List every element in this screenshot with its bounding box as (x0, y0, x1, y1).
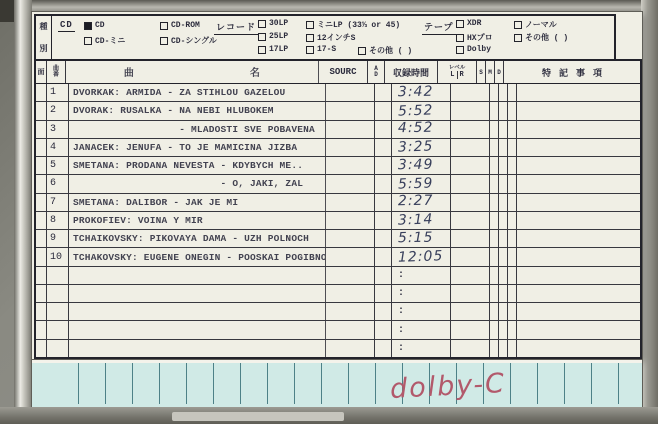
cell-side (36, 84, 47, 101)
cell-m (499, 175, 508, 192)
cell-track-no: 10 (47, 248, 69, 265)
cell-source (326, 267, 375, 284)
cell-time: 5:59 (392, 175, 451, 192)
cell-title: - O, JAKI, ZAL (69, 175, 326, 192)
cell-time: 4:52 (392, 121, 451, 138)
cell-level (451, 285, 490, 302)
cell-source (326, 285, 375, 302)
checkbox-dolby: Dolby (456, 45, 491, 54)
cell-track-no (47, 303, 69, 320)
table-row: 8 PROKOFIEV: VOINA Y MIR 3:14 (36, 212, 640, 230)
cell-s (490, 230, 499, 247)
cell-m (499, 230, 508, 247)
cell-s (490, 139, 499, 156)
table-row: 9 TCHAIKOVSKY: PIKOVAYA DAMA - UZH POLNO… (36, 230, 640, 248)
cell-title (69, 321, 326, 338)
type-label: 別 (40, 43, 48, 54)
checkbox-cd-rom: CD-ROM (160, 21, 200, 30)
table-row: 7 SMETANA: DALIBOR - JAK JE MI 2:27 (36, 194, 640, 212)
cell-track-no (47, 340, 69, 357)
cell-level (451, 212, 490, 229)
checkbox-icon (456, 34, 464, 42)
cell-side (36, 230, 47, 247)
cell-m (499, 303, 508, 320)
cell-s (490, 303, 499, 320)
checkbox-icon (258, 33, 266, 41)
checkbox-icon (258, 20, 266, 28)
dolby-c-handwriting: dolby-C (389, 368, 506, 405)
cd-section-title: CD (58, 20, 75, 32)
col-header-track-no: 曲 番 (47, 61, 66, 83)
table-row: : (36, 303, 640, 321)
checkbox-hx-pro: HXプロ (456, 32, 493, 43)
col-header-time: 収録時間 (385, 61, 438, 83)
cell-ad (375, 267, 392, 284)
cell-notes (517, 212, 640, 229)
cell-d (508, 84, 517, 101)
cell-title: JANACEK: JENUFA - TO JE MAMICINA JIZBA (69, 139, 326, 156)
cell-s (490, 248, 499, 265)
cell-time: : (392, 340, 451, 357)
cell-source (326, 230, 375, 247)
checkbox-icon (514, 21, 522, 29)
cell-s (490, 285, 499, 302)
table-row: 10 TCHAKOVSKY: EUGENE ONEGIN - POOSKAI P… (36, 248, 640, 266)
case-right-edge (641, 0, 658, 424)
cell-ad (375, 230, 392, 247)
cell-d (508, 285, 517, 302)
cell-notes (517, 175, 640, 192)
cell-m (499, 84, 508, 101)
cell-time: : (392, 303, 451, 320)
table-row: : (36, 267, 640, 285)
checkbox-icon (258, 46, 266, 54)
cell-level (451, 340, 490, 357)
cell-source (326, 121, 375, 138)
cell-source (326, 194, 375, 211)
cell-source (326, 84, 375, 101)
checkbox-icon (306, 21, 314, 29)
cell-m (499, 194, 508, 211)
cell-s (490, 212, 499, 229)
cell-ad (375, 139, 392, 156)
cell-track-no: 9 (47, 230, 69, 247)
cell-side (36, 139, 47, 156)
cell-level (451, 230, 490, 247)
cell-track-no: 7 (47, 194, 69, 211)
record-section-title: レコード (214, 20, 258, 35)
cell-ad (375, 194, 392, 211)
cell-time: : (392, 285, 451, 302)
cell-level (451, 139, 490, 156)
cell-d (508, 157, 517, 174)
cell-title: SMETANA: DALIBOR - JAK JE MI (69, 194, 326, 211)
cell-ad (375, 321, 392, 338)
cell-time: : (392, 321, 451, 338)
cell-notes (517, 303, 640, 320)
cell-source (326, 248, 375, 265)
cell-side (36, 340, 47, 357)
cell-m (499, 139, 508, 156)
cell-track-no (47, 267, 69, 284)
spine-ruling (52, 363, 638, 404)
checkbox-icon (358, 47, 366, 55)
cell-m (499, 285, 508, 302)
checkbox-30lp: 30LP (258, 19, 288, 28)
track-table: 面 曲 番 曲 名 SOURC A D 収録時間 レベル LR (34, 59, 642, 359)
cell-notes (517, 340, 640, 357)
cell-source (326, 139, 375, 156)
table-row: 5 SMETANA: PRODANA NEVESTA - KDYBYCH ME.… (36, 157, 640, 175)
cell-ad (375, 157, 392, 174)
cell-side (36, 194, 47, 211)
checkbox-tape-other: その他 ( ) (514, 32, 568, 43)
col-header-m: M (486, 61, 495, 83)
checkbox-icon (306, 34, 314, 42)
cell-track-no (47, 321, 69, 338)
cell-side (36, 303, 47, 320)
cell-side (36, 175, 47, 192)
cell-ad (375, 340, 392, 357)
cell-notes (517, 248, 640, 265)
media-type-header: 種 別 CD CD CD-ROM CD-ミニ CD-シングル レコード 30LP… (34, 14, 616, 61)
cell-source (326, 157, 375, 174)
cell-d (508, 248, 517, 265)
col-header-ad: A D (368, 61, 385, 83)
table-row: : (36, 285, 640, 303)
cell-title: TCHAKOVSKY: EUGENE ONEGIN - POOSKAI POGI… (69, 248, 326, 265)
cell-time: 3:42 (392, 84, 451, 101)
cell-notes (517, 157, 640, 174)
cell-source (326, 340, 375, 357)
cell-ad (375, 285, 392, 302)
cell-title: - MLADOSTI SVE POBAVENA (69, 121, 326, 138)
table-row: 4 JANACEK: JENUFA - TO JE MAMICINA JIZBA… (36, 139, 640, 157)
cell-track-no (47, 285, 69, 302)
col-header-d: D (495, 61, 504, 83)
case-hinge (14, 0, 32, 424)
cell-notes (517, 194, 640, 211)
cell-level (451, 157, 490, 174)
cell-source (326, 175, 375, 192)
col-header-level: レベル LR (438, 61, 477, 83)
checkbox-cd-single: CD-シングル (160, 35, 217, 46)
cell-track-no: 2 (47, 102, 69, 119)
cell-m (499, 267, 508, 284)
cell-d (508, 230, 517, 247)
cell-s (490, 157, 499, 174)
type-label-column: 種 別 (36, 16, 52, 59)
checkbox-icon (160, 22, 168, 30)
cell-level (451, 248, 490, 265)
cell-ad (375, 212, 392, 229)
cell-track-no: 1 (47, 84, 69, 101)
checkbox-icon (456, 46, 464, 54)
cell-ad (375, 84, 392, 101)
cell-s (490, 102, 499, 119)
cell-level (451, 102, 490, 119)
cell-source (326, 102, 375, 119)
cell-notes (517, 139, 640, 156)
cell-time: 3:49 (392, 157, 451, 174)
cell-side (36, 102, 47, 119)
type-label: 種 (40, 21, 48, 32)
cell-title: DVORKAK: ARMIDA - ZA STIHLOU GAZELOU (69, 84, 326, 101)
cell-time: 5:15 (392, 230, 451, 247)
cell-track-no: 3 (47, 121, 69, 138)
cell-s (490, 267, 499, 284)
cell-ad (375, 121, 392, 138)
cell-notes (517, 102, 640, 119)
checkbox-12inch-s: 12インチS (306, 32, 355, 43)
case-bottom-edge (0, 407, 658, 424)
cell-level (451, 321, 490, 338)
cell-time: : (392, 267, 451, 284)
cell-ad (375, 102, 392, 119)
cell-m (499, 340, 508, 357)
cell-title (69, 303, 326, 320)
cell-title: PROKOFIEV: VOINA Y MIR (69, 212, 326, 229)
checkbox-cd-mini: CD-ミニ (84, 35, 125, 46)
cell-ad (375, 303, 392, 320)
cell-track-no: 5 (47, 157, 69, 174)
cell-time: 3:25 (392, 139, 451, 156)
cell-ad (375, 248, 392, 265)
cell-side (36, 267, 47, 284)
cell-side (36, 248, 47, 265)
cell-track-no: 8 (47, 212, 69, 229)
checkbox-cd: CD (84, 21, 105, 30)
tape-section-title: テープ (422, 20, 456, 35)
checkbox-17s: 17-S (306, 45, 336, 54)
cell-notes (517, 267, 640, 284)
cell-notes (517, 321, 640, 338)
checkbox-icon (160, 37, 168, 45)
table-row: : (36, 321, 640, 339)
col-header-s: S (477, 61, 486, 83)
col-header-source: SOURC (319, 61, 368, 83)
cell-level (451, 267, 490, 284)
table-header-row: 面 曲 番 曲 名 SOURC A D 収録時間 レベル LR (36, 61, 640, 84)
cell-s (490, 194, 499, 211)
index-card: 種 別 CD CD CD-ROM CD-ミニ CD-シングル レコード 30LP… (32, 12, 642, 359)
cell-notes (517, 285, 640, 302)
cassette-case-photo: 種 別 CD CD CD-ROM CD-ミニ CD-シングル レコード 30LP… (0, 0, 658, 424)
checkbox-icon (456, 20, 464, 28)
checkbox-mini-lp: ミニLP (33⅓ or 45) (306, 19, 400, 30)
cell-time: 3:14 (392, 212, 451, 229)
col-header-side: 面 (36, 61, 47, 83)
cell-title: DVORAK: RUSALKA - NA NEBI HLUBOKEM (69, 102, 326, 119)
checkbox-xdr: XDR (456, 19, 481, 28)
cell-track-no: 6 (47, 175, 69, 192)
cell-m (499, 212, 508, 229)
cell-d (508, 340, 517, 357)
cell-title: SMETANA: PRODANA NEVESTA - KDYBYCH ME.. (69, 157, 326, 174)
cell-m (499, 321, 508, 338)
checkbox-17lp: 17LP (258, 45, 288, 54)
cell-m (499, 248, 508, 265)
cell-d (508, 321, 517, 338)
table-body: 1 DVORKAK: ARMIDA - ZA STIHLOU GAZELOU 3… (36, 84, 640, 357)
cell-side (36, 321, 47, 338)
checkbox-icon (84, 22, 92, 30)
cell-time: 2:27 (392, 194, 451, 211)
cell-side (36, 285, 47, 302)
cell-d (508, 121, 517, 138)
cell-notes (517, 121, 640, 138)
cell-title: TCHAIKOVSKY: PIKOVAYA DAMA - UZH POLNOCH (69, 230, 326, 247)
cell-d (508, 303, 517, 320)
cell-s (490, 84, 499, 101)
cell-title (69, 340, 326, 357)
table-row: 6 - O, JAKI, ZAL 5:59 (36, 175, 640, 193)
cell-side (36, 157, 47, 174)
checkbox-icon (306, 46, 314, 54)
cell-ad (375, 175, 392, 192)
cell-side (36, 121, 47, 138)
cell-d (508, 139, 517, 156)
cell-time: 5:52 (392, 102, 451, 119)
cell-m (499, 121, 508, 138)
case-bottom-tab (172, 412, 344, 421)
cell-source (326, 303, 375, 320)
cell-s (490, 121, 499, 138)
checkbox-normal: ノーマル (514, 19, 557, 30)
cell-level (451, 84, 490, 101)
cell-level (451, 303, 490, 320)
cell-m (499, 157, 508, 174)
col-header-title: 曲 名 (66, 61, 319, 83)
cell-level (451, 175, 490, 192)
cell-s (490, 340, 499, 357)
cell-track-no: 4 (47, 139, 69, 156)
cell-title (69, 267, 326, 284)
cell-d (508, 212, 517, 229)
cell-source (326, 212, 375, 229)
checkbox-25lp: 25LP (258, 32, 288, 41)
cell-notes (517, 230, 640, 247)
cell-title (69, 285, 326, 302)
cell-source (326, 321, 375, 338)
checkbox-icon (514, 34, 522, 42)
cell-s (490, 175, 499, 192)
table-row: 3 - MLADOSTI SVE POBAVENA 4:52 (36, 121, 640, 139)
cell-level (451, 121, 490, 138)
cell-d (508, 102, 517, 119)
cell-m (499, 102, 508, 119)
table-row: 1 DVORKAK: ARMIDA - ZA STIHLOU GAZELOU 3… (36, 84, 640, 102)
cell-notes (517, 84, 640, 101)
cell-d (508, 175, 517, 192)
col-header-notes: 特記事項 (504, 61, 640, 83)
cell-side (36, 212, 47, 229)
table-row: : (36, 340, 640, 357)
checkbox-record-other: その他 ( ) (358, 45, 412, 56)
checkbox-icon (84, 37, 92, 45)
cell-time: 12:05 (392, 248, 451, 265)
cell-d (508, 267, 517, 284)
table-row: 2 DVORAK: RUSALKA - NA NEBI HLUBOKEM 5:5… (36, 102, 640, 120)
cell-level (451, 194, 490, 211)
card-spine: dolby-C (32, 360, 642, 411)
cell-s (490, 321, 499, 338)
cell-d (508, 194, 517, 211)
